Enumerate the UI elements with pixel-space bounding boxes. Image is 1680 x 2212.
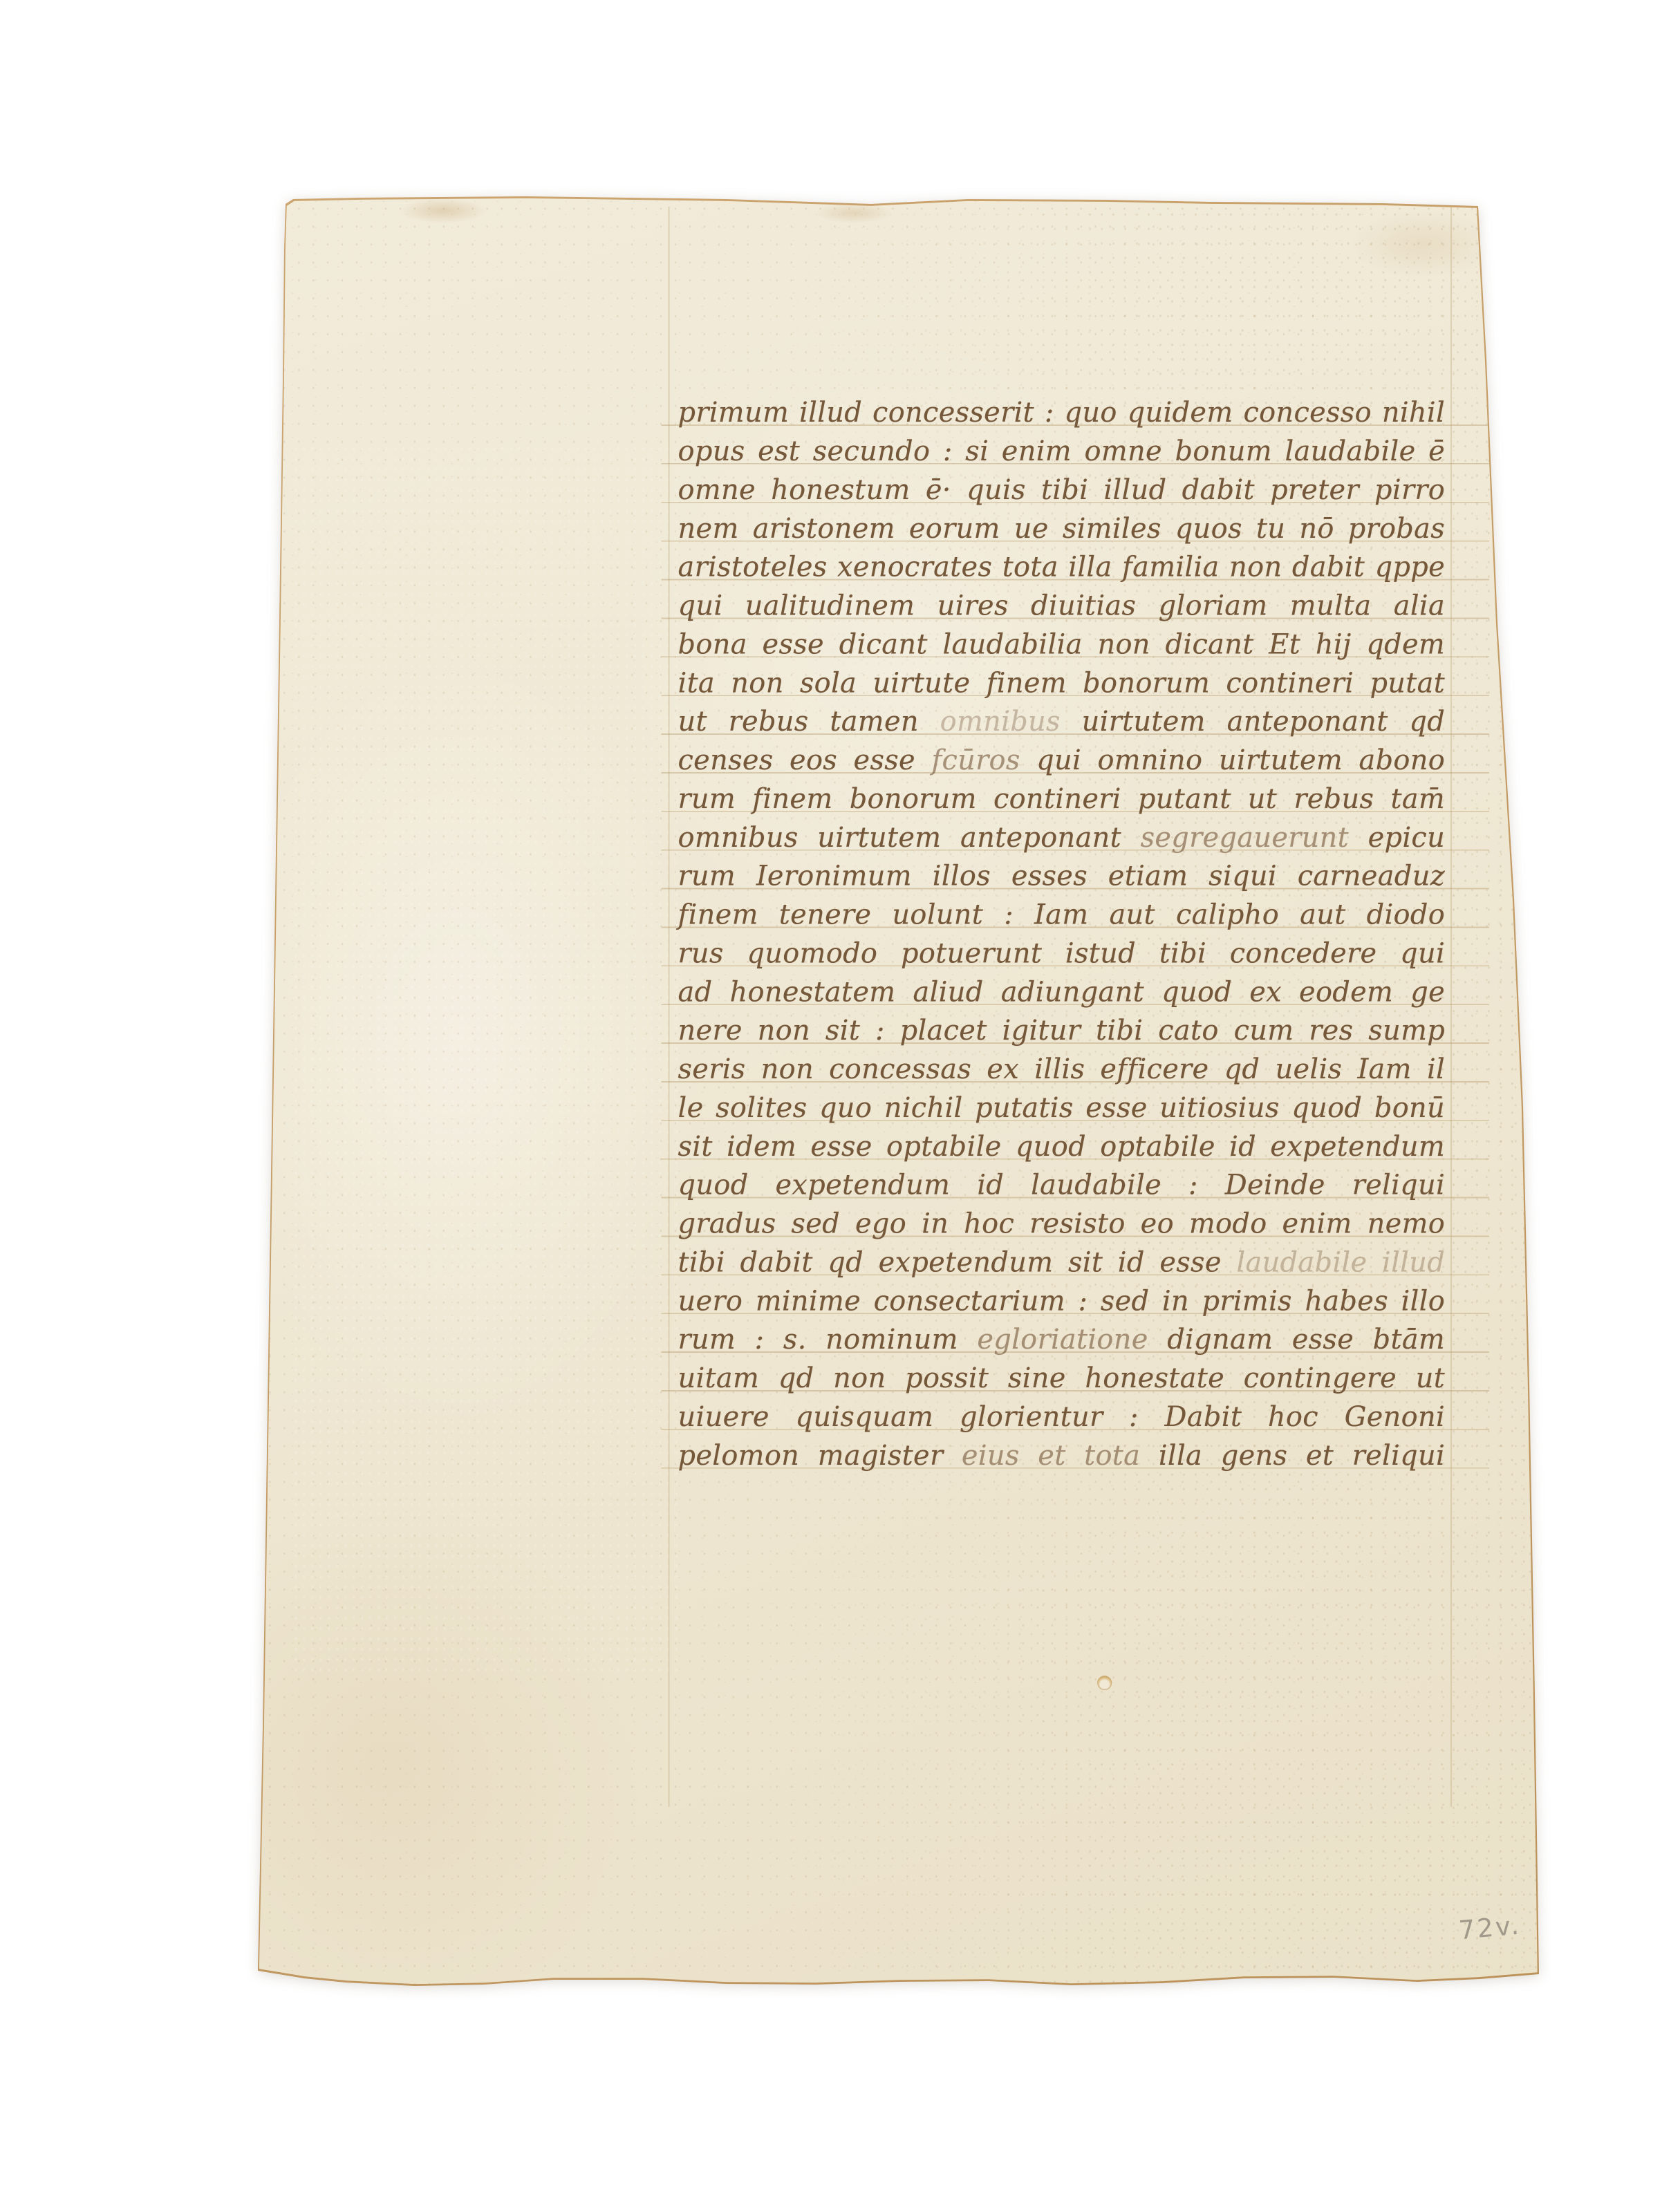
folio-number: 72v.: [1457, 1911, 1522, 1946]
text-block: primum illud concesserit : quo quidem co…: [678, 393, 1446, 1475]
left-ruling-line: [669, 207, 670, 1807]
text-line: nem aristonem eorum ue similes quos tu n…: [678, 509, 1446, 548]
text-line: pelomon magister eius et tota illa gens …: [678, 1436, 1446, 1475]
text-line: seris non concessas ex illis efficere qd…: [678, 1050, 1446, 1089]
text-line: rum Ieronimum illos esses etiam siqui ca…: [678, 857, 1446, 896]
parchment-leaf: primum illud concesserit : quo quidem co…: [2, 3, 1679, 2210]
text-line: rum : s. nominum egloriatione dignam ess…: [678, 1320, 1446, 1359]
text-line: finem tenere uolunt : Iam aut calipho au…: [678, 896, 1446, 935]
text-line: primum illud concesserit : quo quidem co…: [678, 393, 1446, 432]
text-line: quod expetendum id laudabile : Deinde re…: [678, 1166, 1446, 1205]
text-line: qui ualitudinem uires diuitias gloriam m…: [678, 587, 1446, 626]
text-line: le solites quo nichil putatis esse uitio…: [678, 1089, 1446, 1127]
text-line: uitam qd non possit sine honestate conti…: [678, 1359, 1446, 1398]
text-line: nere non sit : placet igitur tibi cato c…: [678, 1011, 1446, 1050]
text-line: censes eos esse fcūros qui omnino uirtut…: [678, 741, 1446, 780]
text-line: tibi dabit qd expetendum sit id esse lau…: [678, 1244, 1446, 1282]
text-line: rum finem bonorum contineri putant ut re…: [678, 780, 1446, 818]
text-line: rus quomodo potuerunt istud tibi concede…: [678, 935, 1446, 973]
text-line: bona esse dicant laudabilia non dicant E…: [678, 626, 1446, 664]
wormhole-flaw: [1097, 1676, 1112, 1690]
text-line: uiuere quisquam glorientur : Dabit hoc G…: [678, 1398, 1446, 1436]
right-ruling-line: [1450, 207, 1452, 1807]
text-line: aristoteles xenocrates tota illa familia…: [678, 548, 1446, 587]
text-line: sit idem esse optabile quod optabile id …: [678, 1127, 1446, 1166]
manuscript-photo: primum illud concesserit : quo quidem co…: [0, 0, 1680, 2212]
parchment-grain-texture: [292, 444, 678, 1671]
text-line: gradus sed ego in hoc resisto eo modo en…: [678, 1205, 1446, 1244]
text-line: ad honestatem aliud adiungant quod ex eo…: [678, 973, 1446, 1011]
text-line: uero minime consectarium : sed in primis…: [678, 1282, 1446, 1320]
text-line: ita non sola uirtute finem bonorum conti…: [678, 664, 1446, 702]
text-line: omne honestum ē· quis tibi illud dabit p…: [678, 471, 1446, 509]
text-line: opus est secundo : si enim omne bonum la…: [678, 432, 1446, 471]
text-line: omnibus uirtutem anteponant segregauerun…: [678, 818, 1446, 857]
text-line: ut rebus tamen omnibus uirtutem antepona…: [678, 702, 1446, 741]
